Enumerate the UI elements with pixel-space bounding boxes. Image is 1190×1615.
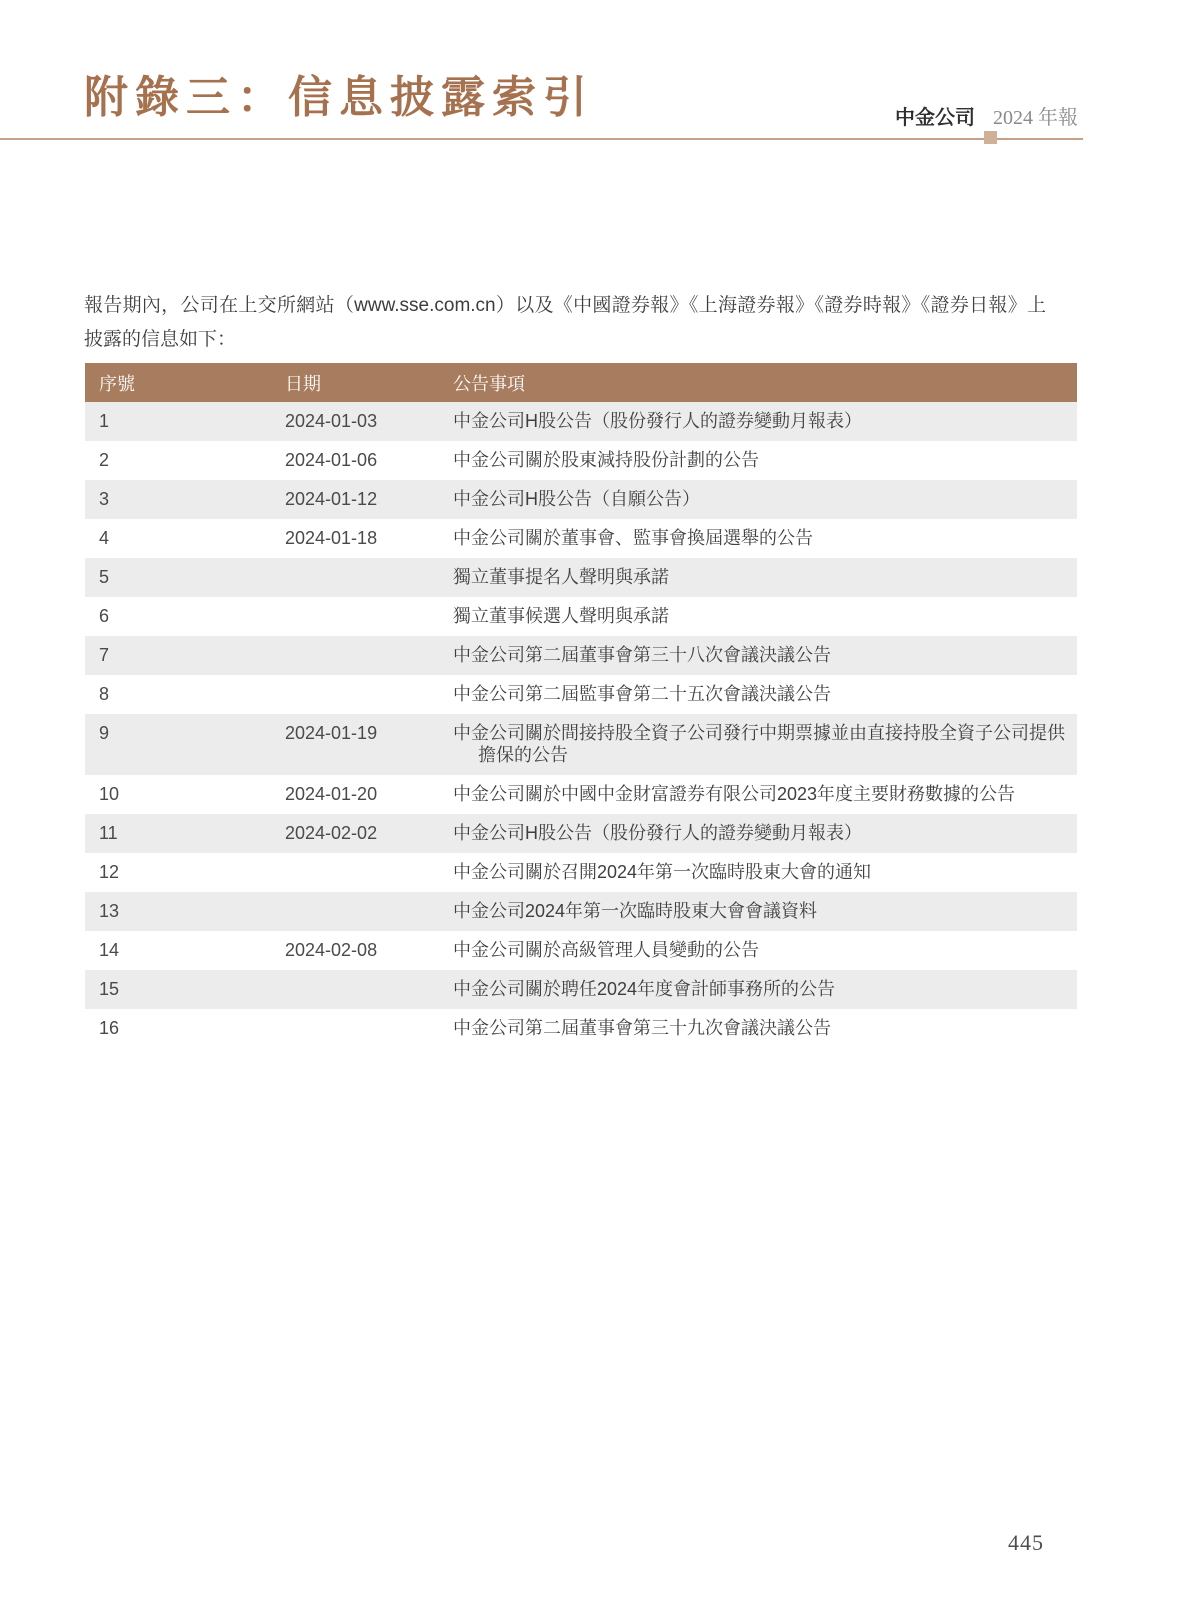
cell-subject: 獨立董事提名人聲明與承諾	[453, 566, 1077, 588]
cell-subject: 中金公司關於董事會、監事會換屆選舉的公告	[453, 527, 1077, 549]
cell-date: 2024-01-19	[285, 722, 453, 744]
divider-square-marker	[984, 131, 997, 144]
cell-no: 4	[85, 527, 285, 549]
report-year: 2024 年報	[993, 107, 1078, 129]
cell-subject: 中金公司H股公告（股份發行人的證券變動月報表）	[453, 410, 1077, 432]
header-divider-line	[0, 138, 1083, 140]
cell-subject: 中金公司第二屆董事會第三十九次會議決議公告	[453, 1017, 1077, 1039]
page-number: 445	[1008, 1530, 1044, 1556]
cell-no: 7	[85, 644, 285, 666]
table-body: 1 2024-01-03 中金公司H股公告（股份發行人的證券變動月報表） 2 2…	[85, 402, 1077, 1048]
table-row: 14 2024-02-08 中金公司關於高級管理人員變動的公告	[85, 931, 1077, 970]
table-row: 15 中金公司關於聘任2024年度會計師事務所的公告	[85, 970, 1077, 1009]
table-row: 13 中金公司2024年第一次臨時股東大會會議資料	[85, 892, 1077, 931]
cell-no: 8	[85, 683, 285, 705]
cell-no: 2	[85, 449, 285, 471]
table-row: 10 2024-01-20 中金公司關於中國中金財富證券有限公司2023年度主要…	[85, 775, 1077, 814]
cell-subject: 獨立董事候選人聲明與承諾	[453, 605, 1077, 627]
cell-no: 10	[85, 783, 285, 805]
column-header-date: 日期	[285, 370, 453, 396]
cell-no: 6	[85, 605, 285, 627]
cell-date: 2024-02-02	[285, 822, 453, 844]
cell-subject: 中金公司關於聘任2024年度會計師事務所的公告	[453, 978, 1077, 1000]
cell-no: 9	[85, 722, 285, 744]
table-row: 12 中金公司關於召開2024年第一次臨時股東大會的通知	[85, 853, 1077, 892]
cell-no: 15	[85, 978, 285, 1000]
table-row: 8 中金公司第二屆監事會第二十五次會議決議公告	[85, 675, 1077, 714]
table-row: 5 獨立董事提名人聲明與承諾	[85, 558, 1077, 597]
cell-no: 1	[85, 410, 285, 432]
cell-subject: 中金公司關於間接持股全資子公司發行中期票據並由直接持股全資子公司提供擔保的公告	[453, 722, 1077, 766]
cell-no: 11	[85, 822, 285, 844]
cell-date: 2024-01-06	[285, 449, 453, 471]
table-header-row: 序號 日期 公告事項	[85, 363, 1077, 402]
table-row: 9 2024-01-19 中金公司關於間接持股全資子公司發行中期票據並由直接持股…	[85, 714, 1077, 775]
cell-subject: 中金公司關於高級管理人員變動的公告	[453, 939, 1077, 961]
cell-date: 2024-01-18	[285, 527, 453, 549]
cell-subject: 中金公司2024年第一次臨時股東大會會議資料	[453, 900, 1077, 922]
table-row: 11 2024-02-02 中金公司H股公告（股份發行人的證券變動月報表）	[85, 814, 1077, 853]
report-page: 附錄三：信息披露索引 中金公司2024 年報 報告期內，公司在上交所網站（www…	[0, 0, 1190, 1615]
table-row: 16 中金公司第二屆董事會第三十九次會議決議公告	[85, 1009, 1077, 1048]
cell-subject: 中金公司第二屆監事會第二十五次會議決議公告	[453, 683, 1077, 705]
table-row: 4 2024-01-18 中金公司關於董事會、監事會換屆選舉的公告	[85, 519, 1077, 558]
cell-date: 2024-01-20	[285, 783, 453, 805]
cell-subject: 中金公司H股公告（股份發行人的證券變動月報表）	[453, 822, 1077, 844]
cell-no: 14	[85, 939, 285, 961]
cell-subject: 中金公司關於中國中金財富證券有限公司2023年度主要財務數據的公告	[453, 783, 1077, 805]
cell-no: 16	[85, 1017, 285, 1039]
column-header-no: 序號	[85, 370, 285, 396]
disclosure-index-table: 序號 日期 公告事項 1 2024-01-03 中金公司H股公告（股份發行人的證…	[85, 363, 1077, 1048]
cell-subject: 中金公司H股公告（自願公告）	[453, 488, 1077, 510]
cell-date: 2024-01-12	[285, 488, 453, 510]
cell-subject: 中金公司第二屆董事會第三十八次會議決議公告	[453, 644, 1077, 666]
table-row: 3 2024-01-12 中金公司H股公告（自願公告）	[85, 480, 1077, 519]
cell-subject: 中金公司關於召開2024年第一次臨時股東大會的通知	[453, 861, 1077, 883]
cell-date: 2024-02-08	[285, 939, 453, 961]
cell-subject: 中金公司關於股東減持股份計劃的公告	[453, 449, 1077, 471]
intro-paragraph: 報告期內，公司在上交所網站（www.sse.com.cn）以及《中國證券報》《上…	[84, 289, 1046, 357]
running-header: 中金公司2024 年報	[895, 106, 1078, 130]
cell-no: 12	[85, 861, 285, 883]
company-name: 中金公司	[895, 107, 975, 129]
table-row: 7 中金公司第二屆董事會第三十八次會議決議公告	[85, 636, 1077, 675]
page-title: 附錄三：信息披露索引	[84, 72, 594, 124]
cell-date: 2024-01-03	[285, 410, 453, 432]
cell-no: 5	[85, 566, 285, 588]
table-row: 2 2024-01-06 中金公司關於股東減持股份計劃的公告	[85, 441, 1077, 480]
column-header-subject: 公告事項	[453, 370, 1077, 396]
cell-no: 3	[85, 488, 285, 510]
table-row: 1 2024-01-03 中金公司H股公告（股份發行人的證券變動月報表）	[85, 402, 1077, 441]
table-row: 6 獨立董事候選人聲明與承諾	[85, 597, 1077, 636]
cell-no: 13	[85, 900, 285, 922]
